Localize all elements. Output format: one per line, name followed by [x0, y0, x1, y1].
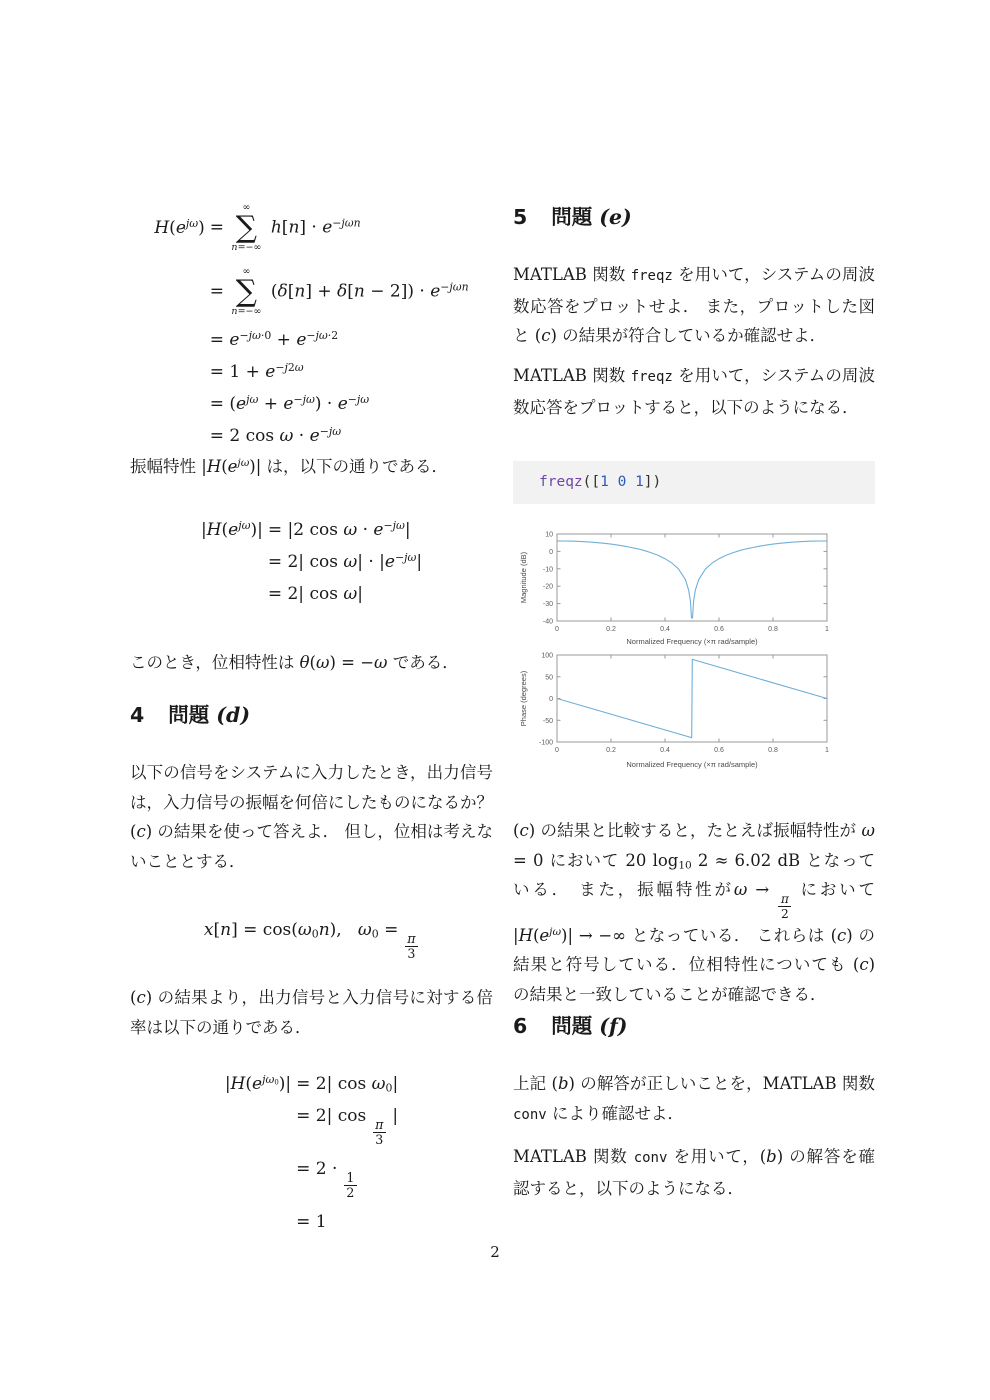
left-column: H(ejω)= ∞∑n=−∞ h[n] · e−jωn= ∞∑n=−∞ (δ[n… — [130, 0, 493, 1400]
text-run: となっている． これらは — [626, 926, 831, 945]
section-title: 問題 — [168, 703, 209, 727]
svg-text:-50: -50 — [543, 718, 553, 725]
paragraph-problem-d: 以下の信号をシステムに入力したとき，出力信号は，入力信号の振幅を何倍にしたものに… — [130, 758, 493, 876]
equation-line: H(ejω)= ∞∑n=−∞ h[n] · e−jωn — [154, 196, 468, 260]
figure-magnitude-plot: 00.20.40.60.81-40-30-20-10010Normalized … — [513, 531, 858, 646]
text-run: の解答が正しいことを，MATLAB 関数 — [575, 1074, 875, 1093]
inline-math: (c) — [853, 955, 875, 974]
text-run: このとき，位相特性は — [130, 653, 300, 672]
svg-text:0.8: 0.8 — [768, 626, 778, 633]
text-run: の結果を使って答えよ． 但し，位相は考えないこととする． — [130, 822, 493, 871]
code-token: 1 — [635, 474, 644, 490]
equation-line: = 1 + e−j2ω — [154, 356, 468, 388]
equation-magnitude: |H(ejω)|= |2 cos ω · e−jω|= 2| cos ω| · … — [201, 514, 422, 610]
inline-math: (c) — [130, 822, 152, 841]
text-run: 以下の信号をシステムに入力したとき，出力信号は，入力信号の振幅を何倍にしたものに… — [130, 763, 493, 812]
inline-math: θ(ω) = −ω — [300, 653, 388, 672]
equation-line: = 2 cos ω · e−jω — [154, 420, 468, 452]
paragraph-freqz-intro: MATLAB 関数 freqz を用いて，システムの周波数応答をプロットすると，… — [513, 361, 875, 422]
svg-text:50: 50 — [545, 674, 553, 681]
svg-text:0: 0 — [555, 626, 559, 633]
inline-math: ω → π2 — [734, 880, 793, 899]
code-token: ([ — [583, 474, 600, 490]
text-run: は，以下の通りである． — [261, 457, 448, 476]
inline-math: (c) — [831, 926, 853, 945]
equation-frequency-response: H(ejω)= ∞∑n=−∞ h[n] · e−jωn= ∞∑n=−∞ (δ[n… — [154, 196, 468, 452]
svg-text:-10: -10 — [543, 566, 553, 573]
inline-code: conv — [634, 1150, 668, 1166]
page-number: 2 — [0, 1243, 990, 1261]
inline-math: |H(ejω)| → −∞ — [513, 926, 626, 945]
text-run: 振幅特性 — [130, 457, 201, 476]
svg-text:0.4: 0.4 — [660, 747, 670, 754]
text-run: において — [543, 851, 625, 870]
equation-line: = ∞∑n=−∞ (δ[n] + δ[n − 2]) · e−jωn — [154, 260, 468, 324]
svg-text:0: 0 — [555, 747, 559, 754]
text-run: MATLAB 関数 — [513, 366, 631, 385]
svg-text:0.4: 0.4 — [660, 626, 670, 633]
svg-text:1: 1 — [825, 626, 829, 633]
inline-math: 20 log10 2 ≈ 6.02 dB — [625, 851, 800, 870]
equation-line: = 2 · 12 — [225, 1153, 398, 1206]
svg-text:Normalized Frequency (×π rad/s: Normalized Frequency (×π rad/sample) — [626, 760, 758, 769]
svg-text:-20: -20 — [543, 584, 553, 591]
equation-line: |H(ejω0)|= 2| cos ω0| — [225, 1068, 398, 1100]
paragraph-comparison: (c) の結果と比較すると，たとえば振幅特性が ω = 0 において 20 lo… — [513, 816, 875, 1009]
code-token: freqz — [539, 474, 583, 490]
svg-text:0.2: 0.2 — [606, 626, 616, 633]
svg-text:Normalized Frequency (×π rad/s: Normalized Frequency (×π rad/sample) — [626, 637, 758, 646]
code-token: ]) — [644, 474, 661, 490]
section-number: 6 — [513, 1014, 527, 1038]
paragraph-result-c: (c) の結果より，出力信号と入力信号に対する倍率は以下の通りである． — [130, 983, 493, 1042]
text-run: を用いて， — [667, 1147, 759, 1166]
text-run: において — [792, 880, 875, 899]
svg-text:Phase (degrees): Phase (degrees) — [519, 670, 528, 726]
inline-math: (c) — [513, 821, 535, 840]
inline-math: (b) — [760, 1147, 783, 1166]
svg-text:100: 100 — [541, 653, 553, 660]
svg-text:0.2: 0.2 — [606, 747, 616, 754]
section-title: 問題 — [551, 205, 592, 229]
figure-phase-plot: 00.20.40.60.81-100-50050100Normalized Fr… — [513, 652, 858, 769]
section-heading-5: 5問題(e) — [513, 203, 875, 231]
inline-code: conv — [513, 1107, 547, 1123]
paragraph-problem-e: MATLAB 関数 freqz を用いて，システムの周波数応答をプロットせよ． … — [513, 260, 875, 351]
svg-text:10: 10 — [545, 532, 553, 539]
text-run: MATLAB 関数 — [513, 1147, 634, 1166]
svg-text:0.8: 0.8 — [768, 747, 778, 754]
text-run: の結果と一致していることが確認できる． — [513, 985, 827, 1004]
section-suffix-math: (f) — [599, 1014, 627, 1038]
inline-math: |H(ejω)| — [201, 457, 261, 476]
equation-line: |H(ejω)|= |2 cos ω · e−jω| — [201, 514, 422, 546]
paragraph-conv-check: MATLAB 関数 conv を用いて，(b) の解答を確認すると，以下のように… — [513, 1142, 875, 1203]
section-number: 5 — [513, 205, 527, 229]
section-heading-4: 4問題(d) — [130, 701, 493, 729]
code-block-freqz: freqz([1 0 1]) — [513, 461, 875, 504]
text-run: の結果が符合しているか確認せよ． — [557, 326, 826, 345]
code-token — [609, 474, 618, 490]
inline-math: (c) — [535, 326, 557, 345]
svg-text:0: 0 — [549, 696, 553, 703]
inline-math: (b) — [552, 1074, 575, 1093]
inline-code: freqz — [631, 268, 673, 284]
svg-text:0: 0 — [549, 549, 553, 556]
code-token: 1 — [600, 474, 609, 490]
text-run: の結果と比較すると，たとえば振幅特性が — [535, 821, 861, 840]
text-run: により確認せよ． — [547, 1104, 684, 1123]
text-run: 上記 — [513, 1074, 552, 1093]
right-column: 5問題(e) MATLAB 関数 freqz を用いて，システムの周波数応答をプ… — [513, 0, 875, 1400]
equation-line: = (ejω + e−jω) · e−jω — [154, 388, 468, 420]
section-suffix-math: (e) — [599, 205, 631, 229]
paragraph-phase-note: このとき，位相特性は θ(ω) = −ω である． — [130, 648, 493, 678]
svg-text:-30: -30 — [543, 601, 553, 608]
svg-text:0.6: 0.6 — [714, 747, 724, 754]
text-run: MATLAB 関数 — [513, 265, 631, 284]
svg-text:0.6: 0.6 — [714, 626, 724, 633]
paragraph-problem-f: 上記 (b) の解答が正しいことを，MATLAB 関数 conv により確認せよ… — [513, 1069, 875, 1130]
equation-line: = e−jω·0 + e−jω·2 — [154, 324, 468, 356]
section-heading-6: 6問題(f) — [513, 1012, 875, 1040]
text-run: である． — [387, 653, 458, 672]
equation-gain: |H(ejω0)|= 2| cos ω0|= 2| cos π3 |= 2 · … — [225, 1068, 398, 1238]
svg-text:1: 1 — [825, 747, 829, 754]
svg-text:Magnitude (dB): Magnitude (dB) — [519, 551, 528, 603]
equation-line: = 2| cos ω| · |e−jω| — [201, 546, 422, 578]
section-title: 問題 — [551, 1014, 592, 1038]
inline-code: freqz — [631, 369, 673, 385]
equation-input-signal: x[n] = cos(ω0n), ω0 = π3 — [130, 920, 493, 961]
svg-text:-40: -40 — [543, 619, 553, 626]
section-number: 4 — [130, 703, 144, 727]
equation-line: = 2| cos ω| — [201, 578, 422, 610]
inline-math: (c) — [130, 988, 152, 1007]
equation-line: = 2| cos π3 | — [225, 1100, 398, 1153]
code-token — [626, 474, 635, 490]
document-page: H(ejω)= ∞∑n=−∞ h[n] · e−jωn= ∞∑n=−∞ (δ[n… — [0, 0, 990, 1400]
text-run: の結果より，出力信号と入力信号に対する倍率は以下の通りである． — [130, 988, 493, 1037]
equation-line: = 1 — [225, 1206, 398, 1238]
paragraph-magnitude-intro: 振幅特性 |H(ejω)| は，以下の通りである． — [130, 452, 493, 482]
section-suffix-math: (d) — [216, 703, 250, 727]
svg-text:-100: -100 — [539, 740, 553, 747]
